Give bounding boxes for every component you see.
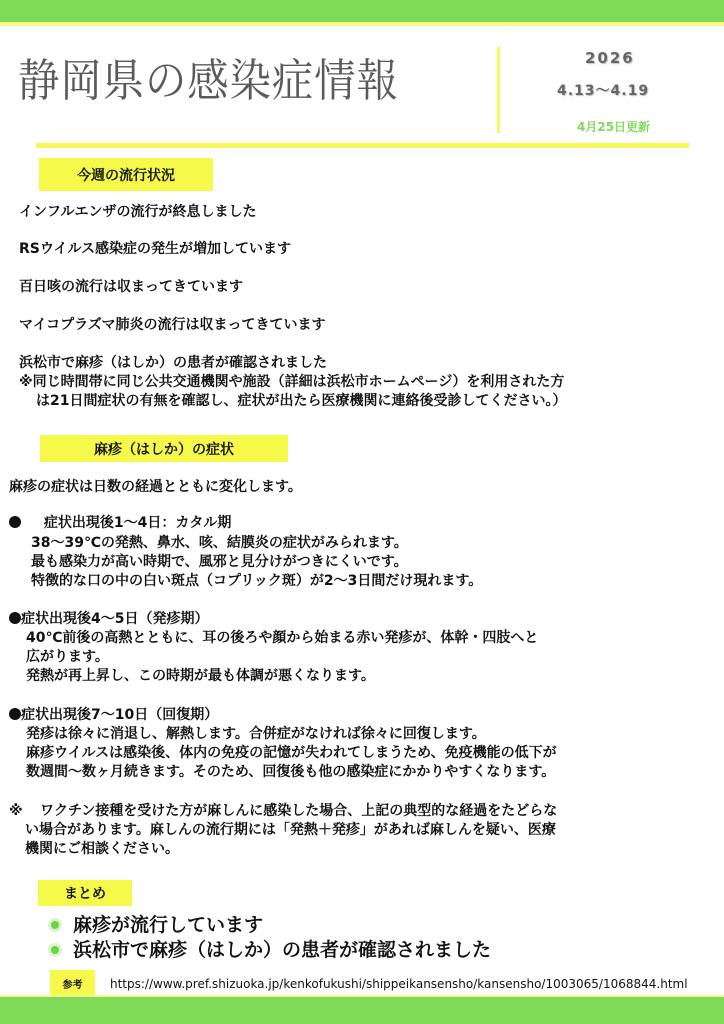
- report-year: 2026: [585, 49, 635, 67]
- stage-heading-text: 症状出現後7〜10日（回復期）: [21, 707, 218, 723]
- report-date-range: 4.13〜4.19: [557, 80, 649, 100]
- reference-label: 参考: [50, 970, 95, 997]
- weekly-item: マイコプラズマ肺炎の流行は収まってきています: [19, 316, 325, 334]
- top-banner-bar: [0, 0, 724, 22]
- weekly-item: インフルエンザの流行が終息しました: [19, 203, 256, 221]
- stage-heading-text: 症状出現後1〜4日：カタル期: [44, 515, 231, 531]
- page-title: 静岡県の感染症情報: [18, 58, 399, 103]
- stage-line: 麻疹ウイルスは感染後、体内の免疫の記憶が失われてしまうため、免疫機能の低下が: [26, 744, 557, 762]
- bottom-banner-bar: [0, 997, 724, 1024]
- stage-heading: 症状出現後1〜4日：カタル期: [9, 514, 231, 532]
- green-bullet-icon: [51, 921, 59, 929]
- stage-line: 40℃前後の高熱とともに、耳の後ろや顔から始まる赤い発疹が、体幹・四肢へと: [26, 629, 538, 647]
- stage-line: 発疹は徐々に消退し、解熱します。合併症がなければ徐々に回復します。: [26, 725, 486, 743]
- bullet-icon: [9, 516, 21, 528]
- updated-date: 4月25日更新: [577, 118, 650, 135]
- stage-heading: 症状出現後7〜10日（回復期）: [9, 706, 218, 724]
- header-vertical-divider: [497, 47, 500, 133]
- reference-link[interactable]: https://www.pref.shizuoka.jp/kenkofukush…: [110, 977, 688, 991]
- header-horizontal-divider: [36, 143, 689, 148]
- weekly-note-line: ※同じ時間帯に同じ公共交通機関や施設（詳細は浜松市ホームページ）を利用された方: [19, 373, 564, 391]
- section-label-summary: まとめ: [38, 880, 132, 906]
- green-bullet-icon: [51, 946, 59, 954]
- bullet-icon: [9, 708, 21, 720]
- vaccine-note-line: い場合があります。麻しんの流行期には「発熱＋発疹」があれば麻しんを疑い、医療: [25, 821, 556, 839]
- vaccine-note-mark: ※: [9, 802, 23, 820]
- measles-intro: 麻疹の症状は日数の経過とともに変化します。: [9, 478, 302, 496]
- stage-line: 発熱が再上昇し、この時期が最も体調が悪くなります。: [26, 667, 375, 685]
- section-label-weekly-status: 今週の流行状況: [39, 158, 213, 191]
- summary-item: 麻疹が流行しています: [48, 914, 263, 936]
- summary-item: 浜松市で麻疹（はしか）の患者が確認されました: [48, 939, 491, 961]
- weekly-item: 百日咳の流行は収まってきています: [19, 278, 243, 296]
- stage-line: 38〜39℃の発熱、鼻水、咳、結膜炎の症状がみられます。: [31, 534, 408, 552]
- stage-heading: 症状出現後4〜5日（発疹期）: [9, 610, 208, 628]
- top-banner-stripe: [0, 22, 724, 26]
- stage-line: 最も感染力が高い時期で、風邪と見分けがつきにくいです。: [31, 553, 408, 571]
- bullet-icon: [9, 612, 21, 624]
- weekly-item: 浜松市で麻疹（はしか）の患者が確認されました: [19, 354, 327, 372]
- vaccine-note-line: 機関にご相談ください。: [25, 840, 179, 858]
- summary-item-text: 浜松市で麻疹（はしか）の患者が確認されました: [73, 939, 491, 961]
- stage-heading-text: 症状出現後4〜5日（発疹期）: [21, 611, 208, 627]
- section-label-measles-symptoms: 麻疹（はしか）の症状: [40, 435, 288, 462]
- vaccine-note-line: ワクチン接種を受けた方が麻しんに感染した場合、上記の典型的な経過をたどらな: [40, 802, 557, 820]
- weekly-note-line: は21日間症状の有無を確認し、症状が出たら医療機関に連絡後受診してください。）: [36, 392, 566, 410]
- stage-line: 広がります。: [26, 648, 109, 666]
- summary-item-text: 麻疹が流行しています: [73, 914, 263, 936]
- stage-line: 特徴的な口の中の白い斑点（コプリック斑）が2〜3日間だけ現れます。: [31, 572, 482, 590]
- stage-line: 数週間〜数ヶ月続きます。そのため、回復後も他の感染症にかかりやすくなります。: [26, 763, 555, 781]
- weekly-item: RSウイルス感染症の発生が増加しています: [19, 240, 291, 258]
